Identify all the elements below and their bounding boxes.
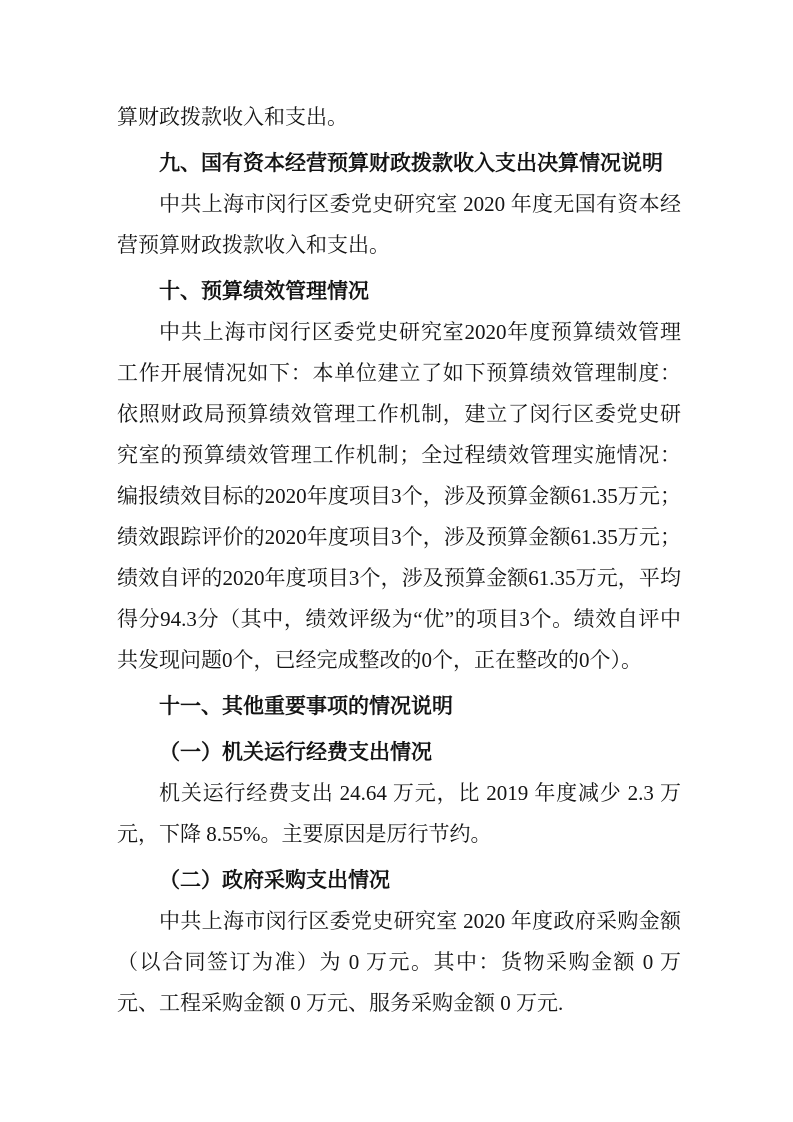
subsection-heading-11-1: （一）机关运行经费支出情况 (117, 732, 681, 773)
subsection-heading-11-2: （二）政府采购支出情况 (117, 860, 681, 901)
subsection-11-1-paragraph: 机关运行经费支出 24.64 万元，比 2019 年度减少 2.3 万元，下降 … (117, 773, 681, 855)
section-9-paragraph: 中共上海市闵行区委党史研究室 2020 年度无国有资本经营预算财政拨款收入和支出… (117, 184, 681, 266)
paragraph-continuation: 算财政拨款收入和支出。 (117, 97, 681, 138)
section-heading-9: 九、国有资本经营预算财政拨款收入支出决算情况说明 (117, 143, 681, 184)
document-page: 算财政拨款收入和支出。 九、国有资本经营预算财政拨款收入支出决算情况说明 中共上… (0, 0, 793, 1122)
section-heading-11: 十一、其他重要事项的情况说明 (117, 686, 681, 727)
document-content: 算财政拨款收入和支出。 九、国有资本经营预算财政拨款收入支出决算情况说明 中共上… (0, 0, 793, 1024)
section-heading-10: 十、预算绩效管理情况 (117, 271, 681, 312)
subsection-11-2-paragraph: 中共上海市闵行区委党史研究室 2020 年度政府采购金额（以合同签订为准）为 0… (117, 901, 681, 1024)
section-10-paragraph: 中共上海市闵行区委党史研究室2020年度预算绩效管理工作开展情况如下：本单位建立… (117, 312, 681, 681)
